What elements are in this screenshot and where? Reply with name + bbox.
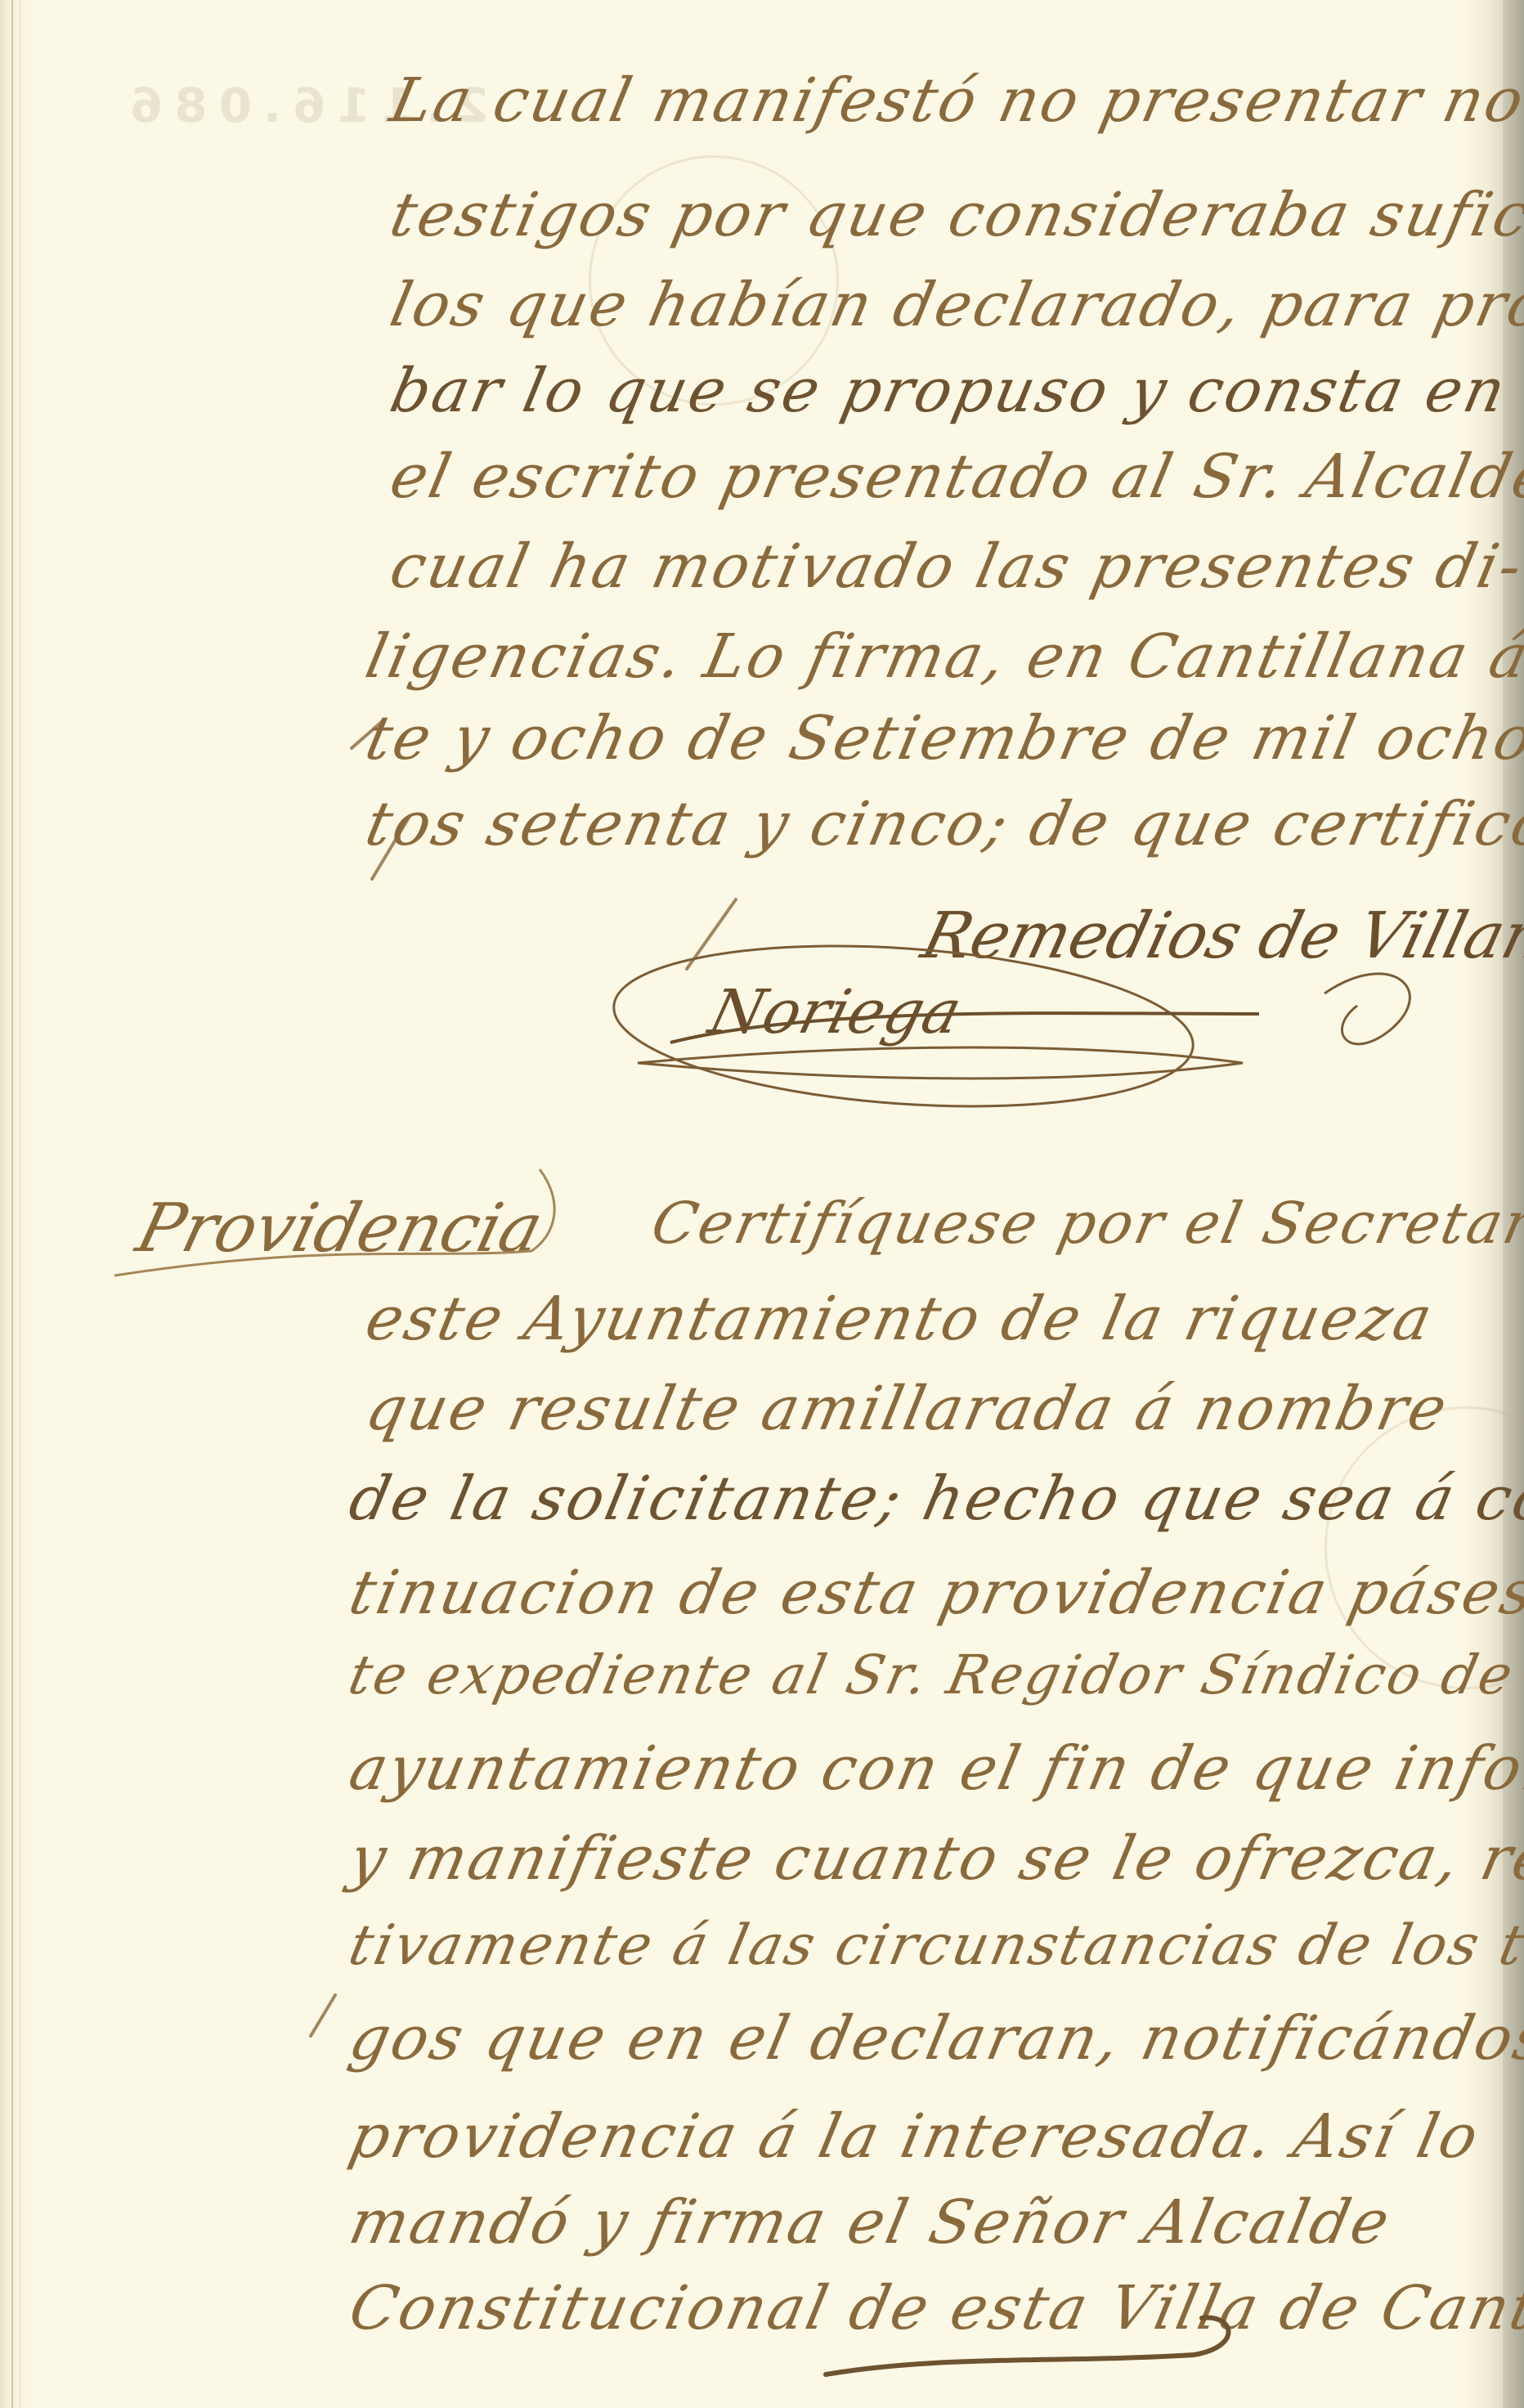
rubric-loop [638,1047,1243,1078]
providencia-bracket [114,1169,554,1276]
flourish-stroke [352,720,384,748]
closing-flourish [826,2318,1229,2374]
flourish-stroke [372,818,409,879]
signature-underline [670,1013,1259,1043]
signature-oval [608,928,1199,1123]
flourish-stroke [311,1995,335,2036]
rubric-knot [1325,974,1410,1044]
manuscript-page: 2.116.086 La cual manifestó no presentar… [0,0,1524,2408]
pen-flourishes [0,0,1524,2408]
